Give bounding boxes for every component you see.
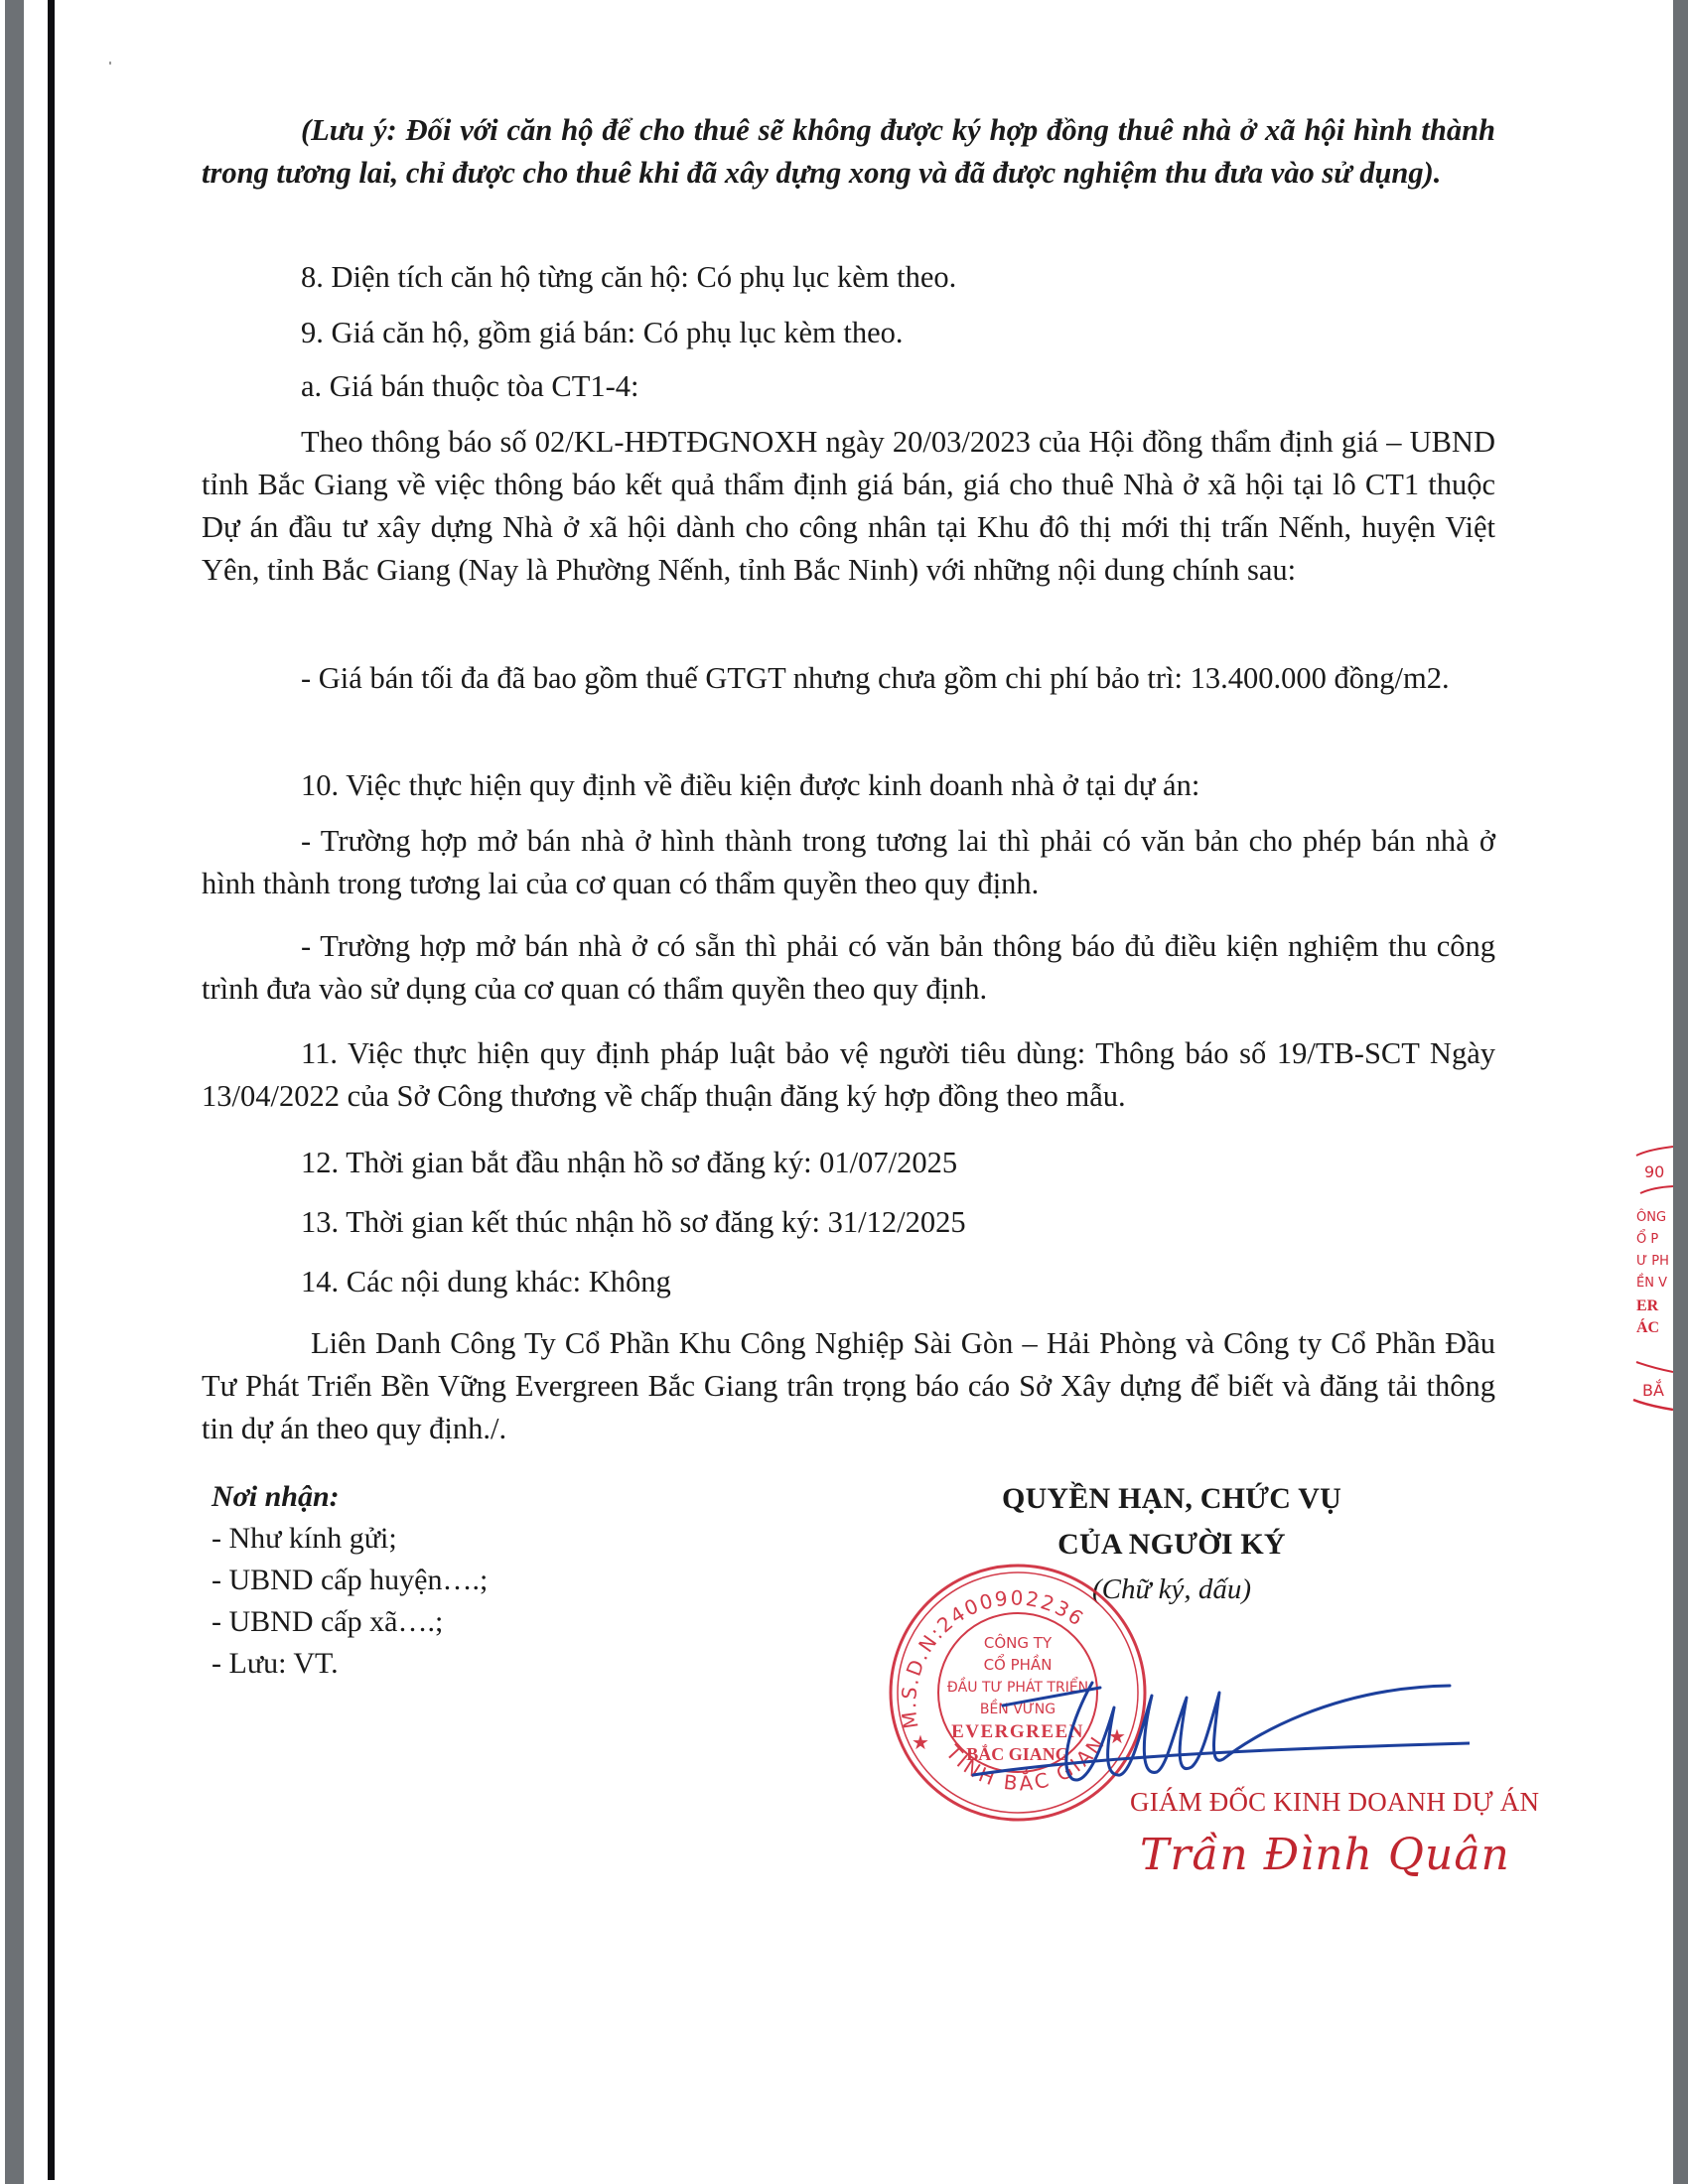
- margin-seal-text: ÁC: [1636, 1317, 1659, 1336]
- signer-position: GIÁM ĐỐC KINH DOANH DỰ ÁN: [1130, 1787, 1539, 1818]
- recipient-item: - Như kính gửi;: [211, 1518, 488, 1560]
- page-border-left: [48, 0, 55, 2180]
- recipient-item: - UBND cấp xã….;: [211, 1601, 488, 1643]
- margin-seal-text: 90: [1644, 1162, 1664, 1181]
- recipient-item: - UBND cấp huyện….;: [211, 1560, 488, 1601]
- margin-seal-text: ER: [1636, 1297, 1659, 1314]
- seal-star-left-icon: ★: [912, 1732, 929, 1754]
- recipient-item: - Lưu: VT.: [211, 1643, 488, 1685]
- item-13: 13. Thời gian kết thúc nhận hồ sơ đăng k…: [202, 1201, 1495, 1244]
- item-8: 8. Diện tích căn hộ từng căn hộ: Có phụ …: [202, 256, 1495, 299]
- margin-seal-text: ÔNG: [1636, 1209, 1666, 1225]
- item-9a-detail: Theo thông báo số 02/KL-HĐTĐGNOXH ngày 2…: [202, 421, 1495, 592]
- item-9a-price: - Giá bán tối đa đã bao gồm thuế GTGT nh…: [202, 657, 1495, 700]
- signer-authority-line1: QUYỀN HẠN, CHỨC VỤ: [943, 1476, 1400, 1522]
- recipients-block: Nơi nhận: - Như kính gửi; - UBND cấp huy…: [211, 1476, 488, 1685]
- item-12: 12. Thời gian bắt đầu nhận hồ sơ đăng ký…: [202, 1142, 1495, 1184]
- scan-edge-left: [5, 0, 24, 2184]
- recipients-list: - Như kính gửi; - UBND cấp huyện….; - UB…: [211, 1518, 488, 1685]
- margin-seal-icon: 90 ÔNG Ổ P Ư PH ỀN V ER ÁC BẮ: [1628, 1142, 1673, 1425]
- margin-seal-text: Ư PH: [1636, 1254, 1669, 1269]
- margin-seal-text: Ổ P: [1636, 1230, 1658, 1247]
- item-11: 11. Việc thực hiện quy định pháp luật bả…: [202, 1032, 1495, 1118]
- scan-speck: [109, 62, 111, 65]
- item-10-a: - Trường hợp mở bán nhà ở hình thành tro…: [202, 820, 1495, 905]
- handwritten-signature: [953, 1648, 1470, 1797]
- signer-name: Trần Đình Quân: [1140, 1830, 1510, 1880]
- margin-seal-fragment: 90 ÔNG Ổ P Ư PH ỀN V ER ÁC BẮ: [1628, 1142, 1673, 1425]
- item-9a: a. Giá bán thuộc tòa CT1-4:: [202, 365, 1495, 408]
- scan-edge-right: [1673, 0, 1688, 2184]
- item-10: 10. Việc thực hiện quy định về điều kiện…: [202, 764, 1495, 807]
- item-14: 14. Các nội dung khác: Không: [202, 1261, 1495, 1303]
- recipients-title: Nơi nhận:: [211, 1476, 488, 1518]
- item-10-b: - Trường hợp mở bán nhà ở có sẵn thì phả…: [202, 925, 1495, 1011]
- closing-paragraph: Liên Danh Công Ty Cổ Phần Khu Công Nghiệ…: [202, 1322, 1495, 1450]
- margin-seal-text: ỀN V: [1636, 1274, 1667, 1291]
- item-9: 9. Giá căn hộ, gồm giá bán: Có phụ lục k…: [202, 312, 1495, 354]
- margin-seal-text: BẮ: [1642, 1379, 1664, 1400]
- note-paragraph: (Lưu ý: Đối với căn hộ để cho thuê sẽ kh…: [202, 109, 1495, 195]
